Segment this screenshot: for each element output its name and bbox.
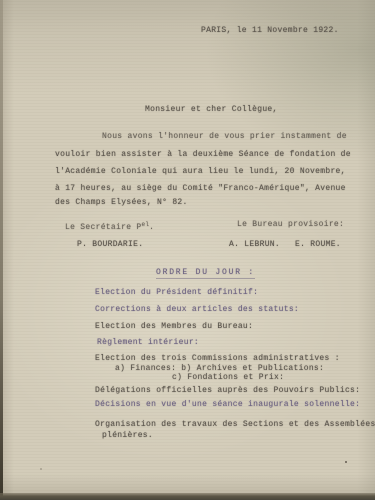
paper-speck [40, 468, 42, 470]
agenda-item: Election des Membres du Bureau: [95, 322, 253, 331]
dateline: PARIS, le 11 Novembre 1922. [201, 26, 339, 35]
agenda-item: Règlement intérieur: [97, 338, 199, 347]
secretary-title-superscript: el [142, 221, 150, 228]
agenda-sub-item: c) Fondations et Prix: [172, 373, 284, 382]
signature-roume: E. ROUME. [295, 240, 341, 249]
agenda-item: Election du Président définitif: [95, 288, 258, 297]
letter-photo: PARIS, le 11 Novembre 1922. Monsieur et … [0, 0, 375, 500]
agenda-heading: ORDRE DU JOUR : [156, 268, 255, 279]
agenda-item: Corrections à deux articles des statuts: [95, 305, 299, 314]
bureau-title: Le Bureau provisoire: [237, 220, 344, 229]
agenda-item: Election des trois Commissions administr… [95, 354, 340, 363]
photo-edge-left [0, 0, 3, 500]
body-line: à 17 heures, au siège du Comité "Franco-… [55, 184, 346, 193]
agenda-item: Délégations officielles auprès des Pouvo… [95, 386, 360, 395]
paper-speck [345, 461, 347, 463]
body-line: l'Académie Coloniale qui aura lieu le lu… [55, 167, 346, 176]
photo-edge-bottom [0, 493, 375, 500]
body-line: vouloir bien assister à la deuxième Séan… [55, 150, 351, 159]
signature-bourdarie: P. BOURDARIE. [77, 240, 143, 249]
body-line: Nous avons l'honneur de vous prier insta… [102, 132, 347, 141]
agenda-item: Décisions en vue d'une séance inaugurale… [95, 400, 360, 409]
body-line: des Champs Elysées, N° 82. [55, 198, 188, 207]
salutation: Monsieur et cher Collègue, [145, 105, 278, 114]
secretary-title-period: . [149, 223, 154, 232]
secretary-title-text: Le Secrétaire P [65, 223, 142, 232]
agenda-item: Organisation des travaux des Sections et… [95, 420, 375, 429]
signature-lebrun: A. LEBRUN. [229, 240, 280, 249]
agenda-sub-item: a) Finances: b) Archives et Publications… [115, 364, 324, 373]
secretary-title: Le Secrétaire Pel. [65, 221, 154, 232]
agenda-item-continuation: plénières. [102, 431, 153, 440]
